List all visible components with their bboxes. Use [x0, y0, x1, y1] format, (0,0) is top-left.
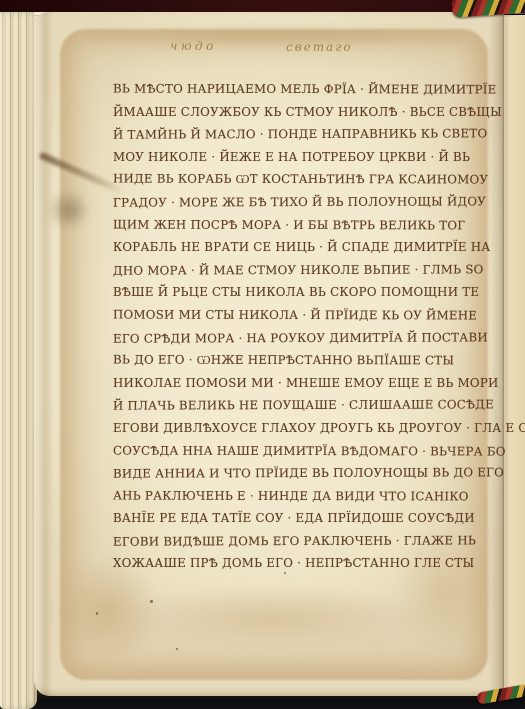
text-line: МОУ НИКОЛЕ · ЙЕЖЕ Е НА ПОТРЕБОУ ЦРКВИ · …: [113, 146, 485, 169]
text-line: ВИДЕ АННИА И ЧТО ПРЇИДЕ ВЬ ПОЛОУНОЩЫ ВЬ …: [113, 461, 485, 485]
text-line: ХОЖААШЕ ПРѢ ДОМЬ ЕГО · НЕПРѢСТАННО ГЛЕ С…: [113, 552, 485, 575]
ink-speck: [150, 600, 153, 603]
text-line: ЙМААШЕ СЛОУЖБОУ КЬ СТМОУ НИКОЛѢ · ВЬСЕ С…: [113, 101, 485, 124]
header-annotation-right: светаго: [286, 40, 353, 54]
text-line: АНЬ РАКЛЮЧЕНЬ Е · НИНДЕ ДА ВИДИ ЧТО ІСАН…: [113, 484, 485, 508]
manuscript-page: чюдо светаго ВЬ МѢСТО НАРИЦАЕМО МЕЛЬ ФРЇ…: [34, 12, 504, 696]
manuscript-photo: чюдо светаго ВЬ МѢСТО НАРИЦАЕМО МЕЛЬ ФРЇ…: [0, 0, 525, 709]
text-line: Й ТАМЙНЬ Й МАСЛО · ПОНДЕ НАПРАВНИКЬ КЬ С…: [113, 123, 485, 147]
text-line: КОРАБЛЬ НЕ ВРАТИ СЕ НИЦЬ · Й СПАДЕ ДИМИТ…: [113, 236, 485, 259]
text-line: ПОМОЅИ МИ СТЫ НИКОЛА · Й ПРЇИДЕ КЬ ОУ ЙМ…: [113, 303, 485, 327]
text-line: Й ПЛАЧЬ ВЕЛИКЬ НЕ ПОУЩАШЕ · СЛИШААШЕ СОС…: [113, 394, 485, 418]
text-line: ВАНЇЕ РЕ ЕДА ТАТЇЕ СОУ · ЕДА ПРЇИДОШЕ СО…: [113, 507, 485, 530]
ink-speck: [176, 648, 178, 650]
text-line: ДНО МОРА · Й МАЕ СТМОУ НИКОЛЕ ВЬПИЕ · ГЛ…: [113, 258, 485, 282]
text-line: ЩИМ ЖЕН ПОСРѢ МОРА · И БЫ ВѢТРЬ ВЕЛИКЬ Т…: [113, 213, 485, 237]
text-line: НИДЕ ВЬ КОРАБЬ ѠТ КОСТАНЬТИНѢ ГРА КСАИНО…: [113, 168, 485, 192]
text-line: ЕГО СРѢДИ МОРА · НА РОУКОУ ДИМИТРЇА Й ПО…: [113, 326, 485, 350]
header-annotation-left: чюдо: [170, 39, 217, 53]
text-line: ВѢШЕ Й РЬЦЕ СТЫ НИКОЛА ВЬ СКОРО ПОМОЩНИ …: [113, 281, 485, 304]
ink-speck: [96, 612, 98, 615]
ink-blotch: [48, 190, 90, 230]
text-line: ВЬ ДО ЕГО · ѠНЖЕ НЕПРѢСТАННО ВЬПЇАШЕ СТЫ: [113, 349, 485, 373]
text-line: ГРАДОУ · МОРЕ ЖЕ БѢ ТИХО Й ВЬ ПОЛОУНОЩЫ …: [113, 190, 485, 214]
text-line: ЕГОВИ ДИВЛѢХОУСЕ ГЛАХОУ ДРОУГЬ КЬ ДРОУГО…: [113, 417, 485, 440]
text-line: СОУСѢДА ННА НАШЕ ДИМИТРЇА ВѢДОМАГО · ВЬЧ…: [113, 439, 485, 463]
top-band-stain: [94, 26, 454, 46]
manuscript-text-block: ВЬ МѢСТО НАРИЦАЕМО МЕЛЬ ФРЇА · ЙМЕНЕ ДИМ…: [113, 78, 485, 575]
page-stack-fore-edge: [0, 12, 37, 709]
text-line: ЕГОВИ ВИДѢШЕ ДОМЬ ЕГО РАКЛЮЧЕНЬ · ГЛАЖЕ …: [113, 529, 485, 553]
left-margin-shade: [34, 12, 54, 696]
text-line: ВЬ МѢСТО НАРИЦАЕМО МЕЛЬ ФРЇА · ЙМЕНЕ ДИМ…: [113, 78, 485, 102]
bottom-stain: [124, 587, 424, 649]
text-line: НИКОЛАЕ ПОМОЅИ МИ · МНЕШЕ ЕМОУ ЕЩЕ Е ВЬ …: [113, 372, 485, 395]
next-page-edge-strip: [502, 15, 525, 692]
